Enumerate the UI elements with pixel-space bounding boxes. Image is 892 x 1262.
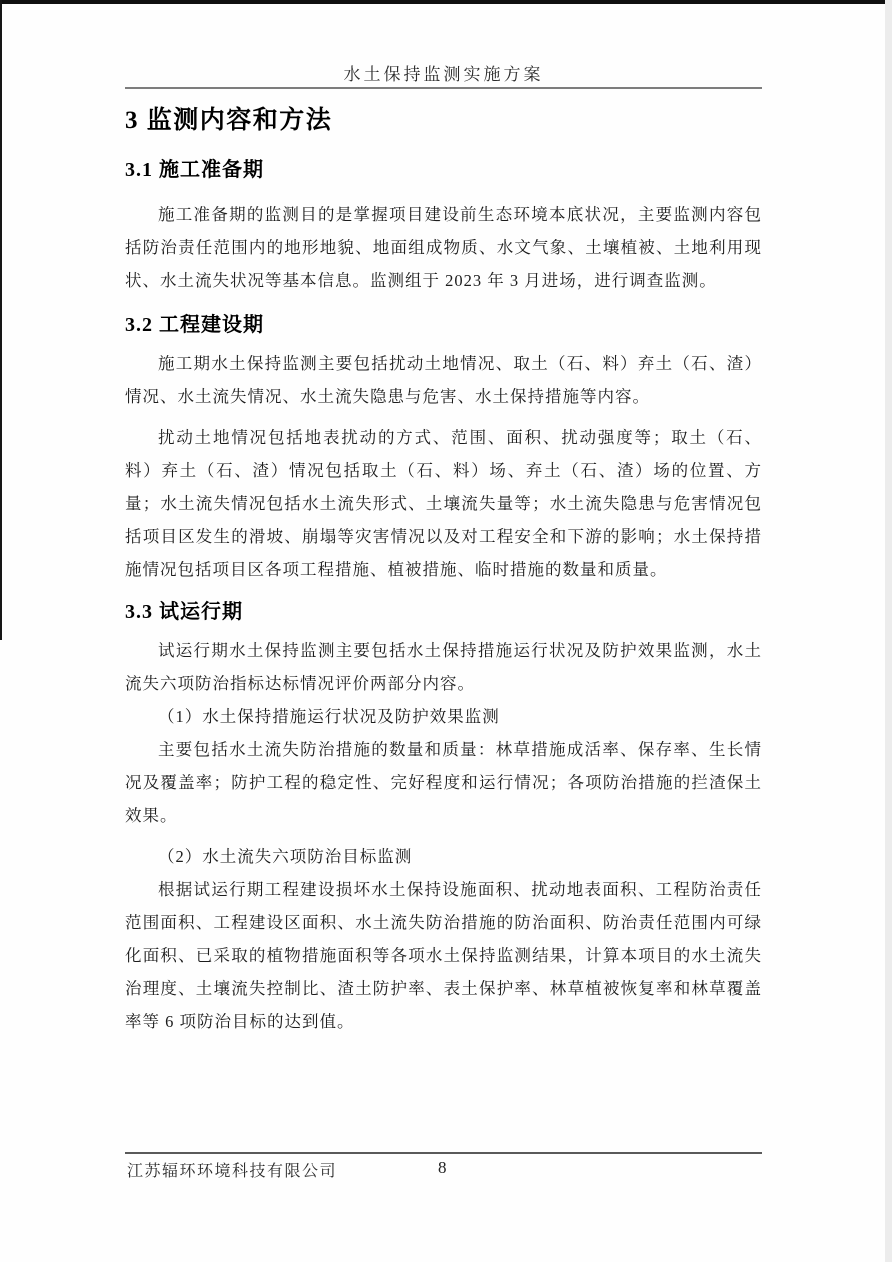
scan-edge-right bbox=[885, 0, 892, 1262]
footer-rule bbox=[125, 1152, 762, 1154]
footer-company-name: 江苏辐环环境科技有限公司 bbox=[127, 1158, 337, 1181]
section-heading-3-1: 3.1 施工准备期 bbox=[125, 156, 762, 184]
list-item-1: （1）水土保持措施运行状况及防护效果监测 bbox=[125, 700, 762, 733]
chapter-title: 3 监测内容和方法 bbox=[125, 104, 762, 138]
paragraph: 施工期水土保持监测主要包括扰动土地情况、取土（石、料）弃土（石、渣）情况、水土流… bbox=[125, 347, 762, 413]
section-heading-3-2: 3.2 工程建设期 bbox=[125, 311, 762, 339]
section-heading-3-3: 3.3 试运行期 bbox=[125, 598, 762, 626]
scan-edge-left bbox=[0, 0, 2, 640]
page-number: 8 bbox=[438, 1158, 447, 1178]
paragraph: 试运行期水土保持监测主要包括水土保持措施运行状况及防护效果监测，水土流失六项防治… bbox=[125, 634, 762, 700]
paragraph: 施工准备期的监测目的是掌握项目建设前生态环境本底状况，主要监测内容包括防治责任范… bbox=[125, 198, 762, 297]
paragraph: 主要包括水土流失防治措施的数量和质量：林草措施成活率、保存率、生长情况及覆盖率；… bbox=[125, 733, 762, 832]
paragraph: 扰动土地情况包括地表扰动的方式、范围、面积、扰动强度等；取土（石、料）弃土（石、… bbox=[125, 421, 762, 586]
page-footer: 江苏辐环环境科技有限公司 8 bbox=[125, 1158, 762, 1184]
list-item-2: （2）水土流失六项防治目标监测 bbox=[125, 840, 762, 873]
document-page: 水土保持监测实施方案 3 监测内容和方法 3.1 施工准备期 施工准备期的监测目… bbox=[0, 0, 892, 1262]
document-body: 3 监测内容和方法 3.1 施工准备期 施工准备期的监测目的是掌握项目建设前生态… bbox=[125, 0, 762, 1038]
paragraph: 根据试运行期工程建设损坏水土保持设施面积、扰动地表面积、工程防治责任范围面积、工… bbox=[125, 873, 762, 1038]
